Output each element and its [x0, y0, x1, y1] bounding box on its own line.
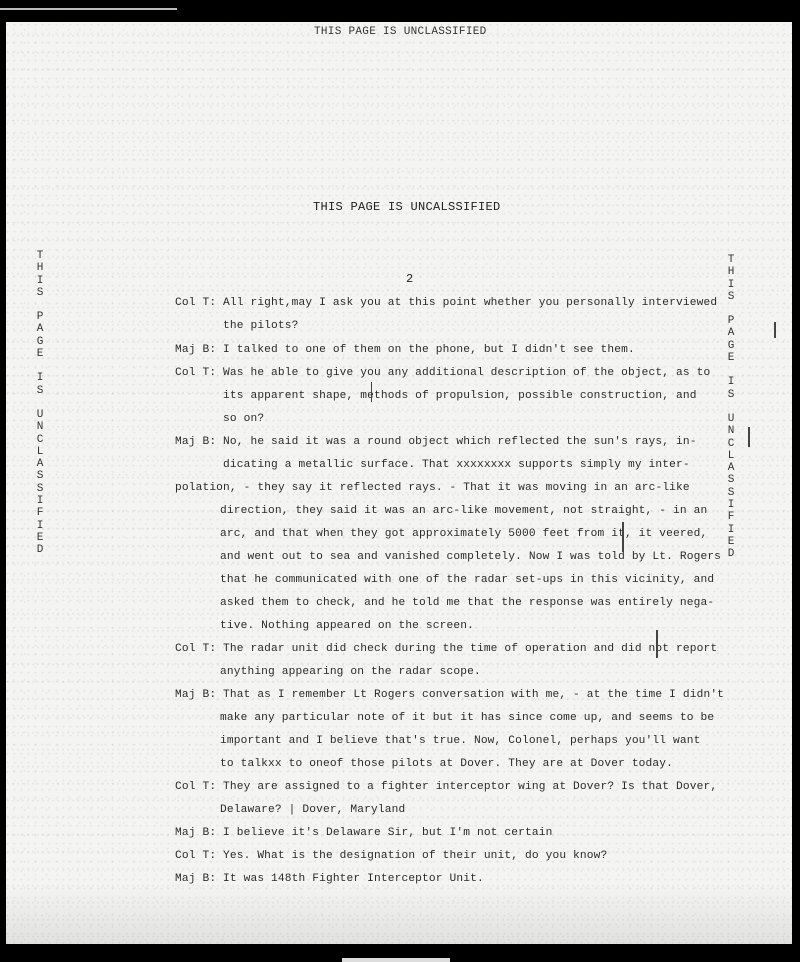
speaker-label: Maj B: — [175, 344, 223, 356]
transcript-line: asked them to check, and he told me that… — [220, 597, 714, 609]
line-text: to talkxx to oneof those pilots at Dover… — [220, 758, 673, 770]
transcript-line: important and I believe that's true. Now… — [220, 735, 700, 747]
transcript-line: arc, and that when they got approximatel… — [220, 528, 707, 540]
line-text: The radar unit did check during the time… — [223, 643, 717, 655]
line-text: They are assigned to a fighter intercept… — [223, 781, 717, 793]
line-text: That as I remember Lt Rogers conversatio… — [223, 689, 724, 701]
transcript-line: Maj B:I talked to one of them on the pho… — [175, 344, 635, 356]
scan-artifact — [656, 630, 658, 658]
transcript-line: polation, - they say it reflected rays. … — [175, 482, 690, 494]
speaker-label: Maj B: — [175, 689, 223, 701]
scan-artifact — [774, 322, 776, 338]
transcript-line: Maj B:It was 148th Fighter Interceptor U… — [175, 873, 484, 885]
line-text: so on? — [223, 413, 264, 425]
transcript-line: Maj B:No, he said it was a round object … — [175, 436, 697, 448]
transcript-line: and went out to sea and vanished complet… — [220, 551, 721, 563]
transcript-line: so on? — [223, 413, 264, 425]
transcript-line: Maj B:I believe it's Delaware Sir, but I… — [175, 827, 552, 839]
transcript-line: dicating a metallic surface. That xxxxxx… — [223, 459, 690, 471]
scan-artifact — [748, 427, 750, 447]
line-text: asked them to check, and he told me that… — [220, 597, 714, 609]
scan-artifact — [371, 382, 372, 402]
top-scan-line — [0, 8, 177, 10]
line-text: the pilots? — [223, 320, 299, 332]
speaker-label: Col T: — [175, 781, 223, 793]
speaker-label: Maj B: — [175, 436, 223, 448]
speaker-label: Col T: — [175, 850, 223, 862]
transcript-line: Col T:Yes. What is the designation of th… — [175, 850, 607, 862]
transcript-line: make any particular note of it but it ha… — [220, 712, 714, 724]
line-text: polation, - they say it reflected rays. … — [175, 482, 690, 494]
line-text: dicating a metallic surface. That xxxxxx… — [223, 459, 690, 471]
line-text: Yes. What is the designation of their un… — [223, 850, 607, 862]
line-text: I believe it's Delaware Sir, but I'm not… — [223, 827, 552, 839]
line-text: important and I believe that's true. Now… — [220, 735, 700, 747]
transcript-line: Col T:The radar unit did check during th… — [175, 643, 717, 655]
transcript-line: Col T:All right,may I ask you at this po… — [175, 297, 717, 309]
line-text: tive. Nothing appeared on the screen. — [220, 620, 474, 632]
line-text: I talked to one of them on the phone, bu… — [223, 344, 635, 356]
scan-artifact — [622, 522, 624, 552]
interview-transcript: Col T:All right,may I ask you at this po… — [6, 22, 792, 944]
line-text: direction, they said it was an arc-like … — [220, 505, 707, 517]
transcript-line: Delaware? | Dover, Maryland — [220, 804, 405, 816]
transcript-line: to talkxx to oneof those pilots at Dover… — [220, 758, 673, 770]
document-page: THIS PAGE IS UNCLASSIFIED THIS PAGE IS U… — [6, 22, 792, 944]
transcript-line: that he communicated with one of the rad… — [220, 574, 714, 586]
transcript-line: anything appearing on the radar scope. — [220, 666, 481, 678]
speaker-label: Maj B: — [175, 873, 223, 885]
speaker-label: Col T: — [175, 297, 223, 309]
line-text: and went out to sea and vanished complet… — [220, 551, 721, 563]
line-text: Delaware? | Dover, Maryland — [220, 804, 405, 816]
speaker-label: Col T: — [175, 643, 223, 655]
transcript-line: its apparent shape, methods of propulsio… — [223, 390, 697, 402]
scan-border-tab — [342, 958, 450, 962]
speaker-label: Col T: — [175, 367, 223, 379]
line-text: its apparent shape, methods of propulsio… — [223, 390, 697, 402]
transcript-line: Col T:Was he able to give you any additi… — [175, 367, 710, 379]
line-text: All right,may I ask you at this point wh… — [223, 297, 717, 309]
transcript-line: Col T:They are assigned to a fighter int… — [175, 781, 717, 793]
speaker-label: Maj B: — [175, 827, 223, 839]
line-text: No, he said it was a round object which … — [223, 436, 697, 448]
scan-border-right — [792, 0, 800, 962]
line-text: that he communicated with one of the rad… — [220, 574, 714, 586]
line-text: make any particular note of it but it ha… — [220, 712, 714, 724]
line-text: It was 148th Fighter Interceptor Unit. — [223, 873, 484, 885]
transcript-line: Maj B:That as I remember Lt Rogers conve… — [175, 689, 724, 701]
transcript-line: tive. Nothing appeared on the screen. — [220, 620, 474, 632]
line-text: anything appearing on the radar scope. — [220, 666, 481, 678]
line-text: arc, and that when they got approximatel… — [220, 528, 707, 540]
transcript-line: the pilots? — [223, 320, 299, 332]
line-text: Was he able to give you any additional d… — [223, 367, 710, 379]
transcript-line: direction, they said it was an arc-like … — [220, 505, 707, 517]
